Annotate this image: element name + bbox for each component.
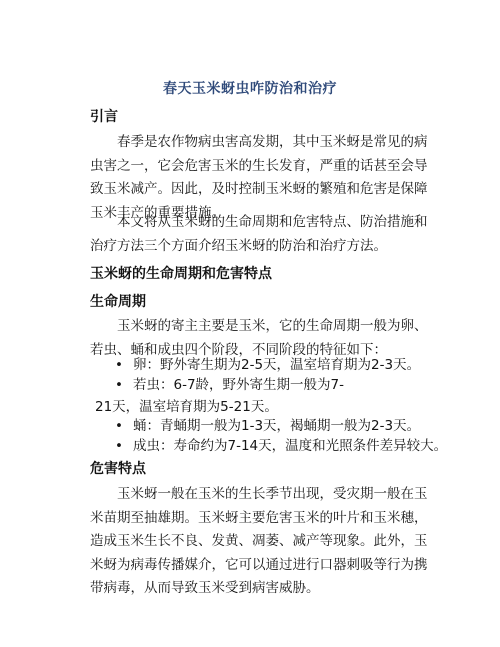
list-item-text: 蛹：青蛹期一般为1-3天，褐蛹期一般为2-3天。: [133, 416, 420, 436]
intro-heading: 引言: [90, 106, 118, 126]
list-item-text: 若虫：6-7龄，野外寄生期一般为7-: [133, 375, 344, 395]
harm-heading: 危害特点: [90, 458, 146, 478]
list-item-text: 成虫：寿命约为7-14天，温度和光照条件差异较大。: [133, 436, 447, 456]
list-item-continuation: 21天，温室培育期为5-21天。: [95, 395, 278, 415]
bullet-icon: •: [115, 355, 123, 375]
bullet-icon: •: [115, 436, 123, 456]
bullet-icon: •: [115, 375, 123, 395]
intro-paragraph-2: 本文将从玉米蚜的生命周期和危害特点、防治措施和治疗方法三个方面介绍玉米蚜的防治和…: [90, 211, 440, 258]
bullet-icon: •: [115, 416, 123, 436]
harm-paragraph: 玉米蚜一般在玉米的生长季节出现，受灾期一般在玉米苗期至抽雄期。玉米蚜主要危害玉米…: [90, 483, 440, 601]
document-page: 春天玉米蚜虫咋防治和治疗 引言 春季是农作物病虫害高发期，其中玉米蚜是常见的病虫…: [0, 0, 500, 647]
list-item-text: 卵：野外寄生期为2-5天，温室培育期为2-3天。: [133, 355, 420, 375]
lifecycle-heading: 生命周期: [90, 291, 146, 311]
document-title: 春天玉米蚜虫咋防治和治疗: [0, 78, 500, 98]
lifecycle-harm-heading: 玉米蚜的生命周期和危害特点: [90, 263, 272, 283]
